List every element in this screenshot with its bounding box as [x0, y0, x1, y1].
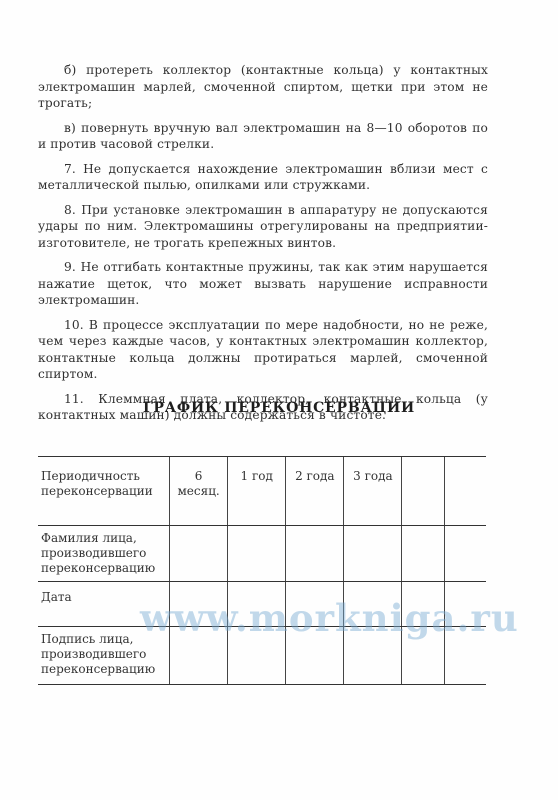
empty-cell	[286, 526, 344, 582]
period-cell: 6 месяц.	[170, 457, 228, 526]
period-cell: 3 года	[344, 457, 402, 526]
header-label-cell: Периодичность переконсервации	[38, 457, 170, 526]
paragraph-7: 7. Не допускается нахождение электромаши…	[38, 161, 488, 194]
reconservation-schedule-table: Периодичность переконсервации 6 месяц. 1…	[38, 456, 486, 685]
watermark: www.morkniga.ru	[140, 596, 519, 640]
empty-cell	[444, 526, 486, 582]
period-cell	[444, 457, 486, 526]
paragraph-8: 8. При установке электромашин в аппарату…	[38, 202, 488, 252]
schedule-title: ГРАФИК ПЕРЕКОНСЕРВАЦИИ	[0, 400, 558, 416]
empty-cell	[344, 526, 402, 582]
table-row-periods: Периодичность переконсервации 6 месяц. 1…	[38, 457, 486, 526]
row-label-cell: Фамилия лица, производившего переконсерв…	[38, 526, 170, 582]
table-row-name: Фамилия лица, производившего переконсерв…	[38, 526, 486, 582]
paragraph-10: 10. В процессе эксплуатации по мере надо…	[38, 317, 488, 383]
empty-cell	[228, 526, 286, 582]
instructions-text: б) протереть коллектор (контактные кольц…	[38, 62, 488, 432]
period-cell	[402, 457, 444, 526]
paragraph-v: в) повернуть вручную вал электромашин на…	[38, 120, 488, 153]
paragraph-9: 9. Не отгибать контактные пружины, так к…	[38, 259, 488, 309]
empty-cell	[402, 526, 444, 582]
paragraph-b: б) протереть коллектор (контактные кольц…	[38, 62, 488, 112]
empty-cell	[170, 526, 228, 582]
period-cell: 2 года	[286, 457, 344, 526]
period-cell: 1 год	[228, 457, 286, 526]
